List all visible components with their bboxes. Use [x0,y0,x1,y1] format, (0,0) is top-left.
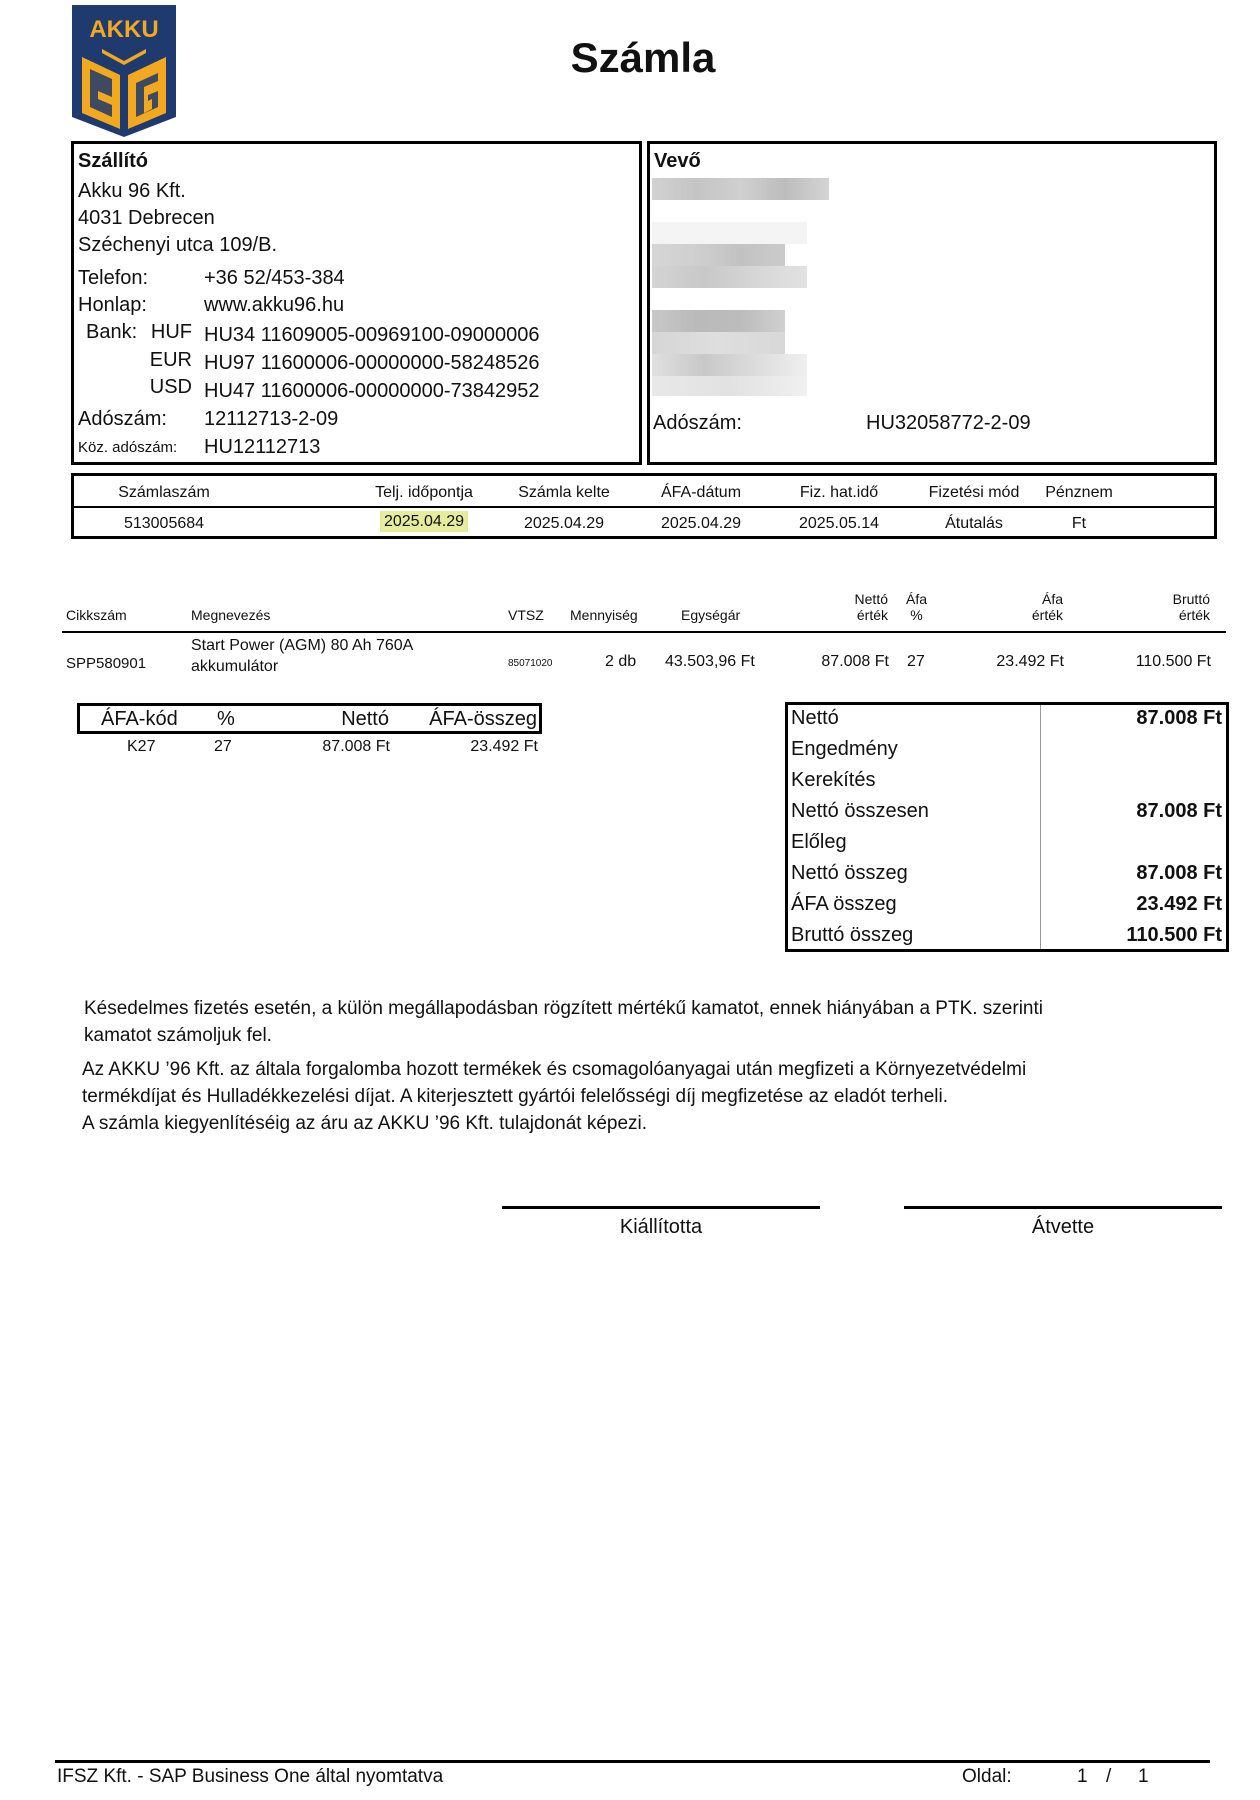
note-late-payment-1: Késedelmes fizetés esetén, a külön megál… [84,995,1043,1022]
vat-col-net: Nettó [341,708,389,731]
supplier-box: Szállító Akku 96 Kft. 4031 Debrecen Széc… [71,141,642,465]
footer-page-sep: / [1106,1766,1111,1788]
web-value[interactable]: www.akku96.hu [204,294,344,317]
eu-tax-label: Köz. adószám: [78,439,177,456]
phone-value: +36 52/453-384 [204,267,345,290]
buyer-tax-label: Adószám: [653,412,742,435]
vat-col-amount: ÁFA-összeg [429,708,537,731]
buyer-box: Vevő Adószám: HU32058772-2-09 [647,141,1217,465]
col-qty: Mennyiség [570,607,638,623]
totals-label: Nettó összesen [791,800,929,823]
col-name: Megnevezés [191,607,270,623]
signature-line-issued [502,1206,820,1209]
item-sku: SPP580901 [66,655,146,672]
redacted-buyer-line [652,354,807,376]
col-vat-date: ÁFA-dátum [631,484,771,502]
totals-value: 110.500 Ft [1126,924,1222,947]
document-title: Számla [0,34,1260,82]
supplier-city: 4031 Debrecen [78,207,215,230]
col-invoice-number: Számlaszám [74,484,254,502]
redacted-buyer-line [652,310,785,332]
supplier-name: Akku 96 Kft. [78,180,186,203]
totals-value: 87.008 Ft [1136,800,1222,823]
footer-page-label: Oldal: [962,1766,1012,1788]
bank-account-huf: HU34 11609005-00969100-09000006 [204,324,539,347]
col-payment-method: Fizetési mód [904,484,1044,502]
item-unit-price: 43.503,96 Ft [665,653,755,671]
redacted-buyer-line [652,376,807,396]
redacted-buyer-line [652,244,785,266]
fulfillment-date-highlight: 2025.04.29 [380,511,468,532]
payment-method: Átutalás [904,515,1044,533]
totals-divider [1040,705,1041,949]
invoice-header-table: Számlaszám Telj. időpontja Számla kelte … [71,473,1217,539]
eu-tax-value: HU12112713 [204,436,320,459]
buyer-tax-value: HU32058772-2-09 [866,412,1031,435]
note-ownership: A számla kiegyenlítéséig az áru az AKKU … [82,1110,647,1137]
supplier-street: Széchenyi utca 109/B. [78,234,277,257]
phone-label: Telefon: [78,267,148,290]
totals-box: Nettó87.008 FtEngedményKerekítésNettó ös… [785,702,1229,952]
signature-issued-label: Kiállította [502,1216,820,1239]
col-fulfillment-date: Telj. időpontja [354,484,494,502]
col-due-date: Fiz. hat.idő [769,484,909,502]
item-net: 87.008 Ft [821,653,889,671]
note-late-payment-2: kamatot számoljuk fel. [84,1022,272,1049]
currency: Ft [1024,515,1134,533]
totals-label: Előleg [791,831,847,854]
col-unit-price: Egységár [681,607,740,623]
redacted-buyer-line [652,332,785,354]
redacted-buyer-name [652,178,829,200]
totals-value: 87.008 Ft [1136,707,1222,730]
col-vtsz: VTSZ [508,607,544,623]
tax-value: 12112713-2-09 [204,408,338,431]
totals-label: Nettó [791,707,839,730]
col-gross-value: Bruttóérték [1173,591,1210,623]
col-issue-date: Számla kelte [494,484,634,502]
bank-account-eur: HU97 11600006-00000000-58248526 [204,352,539,375]
header-divider [74,506,1214,508]
col-sku: Cikkszám [66,607,127,623]
col-net-value: Nettóérték [855,591,888,623]
item-vat-value: 23.492 Ft [996,653,1064,671]
redacted-buyer-line [652,266,807,288]
vat-pct: 27 [214,738,232,756]
item-vat-pct: 27 [907,653,925,671]
bank-account-usd: HU47 11600006-00000000-73842952 [204,380,539,403]
signature-line-received [904,1206,1222,1209]
vat-col-pct: % [217,708,235,731]
note-environment-2: termékdíjat és Hulladékkezelési díjat. A… [82,1083,948,1110]
bank-label: Bank: [86,321,137,344]
totals-label: Nettó összeg [791,862,908,885]
footer-total-pages: 1 [1138,1766,1149,1788]
totals-label: Bruttó összeg [791,924,913,947]
redacted-buyer-line [652,222,807,244]
buyer-heading: Vevő [654,150,701,173]
vat-amount: 23.492 Ft [470,738,538,756]
vat-summary-header: ÁFA-kód % Nettó ÁFA-összeg [77,703,542,734]
signature-received-label: Átvette [904,1216,1222,1239]
bank-currency-usd: USD [150,376,192,399]
totals-label: ÁFA összeg [791,893,897,916]
item-name-line1: Start Power (AGM) 80 Ah 760A [191,637,413,655]
vat-net: 87.008 Ft [322,738,390,756]
supplier-heading: Szállító [78,150,148,173]
bank-currency-eur: EUR [150,349,192,372]
vat-col-code: ÁFA-kód [101,708,178,731]
totals-value: 23.492 Ft [1136,893,1222,916]
col-currency: Pénznem [1024,484,1134,502]
vat-date: 2025.04.29 [631,515,771,533]
footer-printed-by: IFSZ Kft. - SAP Business One által nyomt… [57,1766,443,1788]
totals-label: Kerekítés [791,769,875,792]
tax-label: Adószám: [78,408,167,431]
col-vat-value: Áfaérték [1032,591,1063,623]
items-header-rule [62,631,1226,633]
bank-currency-huf: HUF [151,321,192,344]
vat-code: K27 [127,738,155,756]
totals-value: 87.008 Ft [1136,862,1222,885]
item-name-line2: akkumulátor [191,658,278,676]
item-gross: 110.500 Ft [1136,653,1211,671]
issue-date: 2025.04.29 [494,515,634,533]
footer-page-number: 1 [1077,1766,1088,1788]
item-qty: 2 db [605,653,636,671]
totals-label: Engedmény [791,738,898,761]
item-vtsz: 85071020 [508,658,553,669]
note-environment-1: Az AKKU ’96 Kft. az általa forgalomba ho… [82,1056,1026,1083]
fulfillment-date: 2025.04.29 [354,513,494,531]
due-date: 2025.05.14 [769,515,909,533]
footer-rule [55,1760,1210,1763]
col-vat-pct: Áfa% [906,591,927,623]
invoice-number: 513005684 [74,515,254,533]
web-label: Honlap: [78,294,147,317]
